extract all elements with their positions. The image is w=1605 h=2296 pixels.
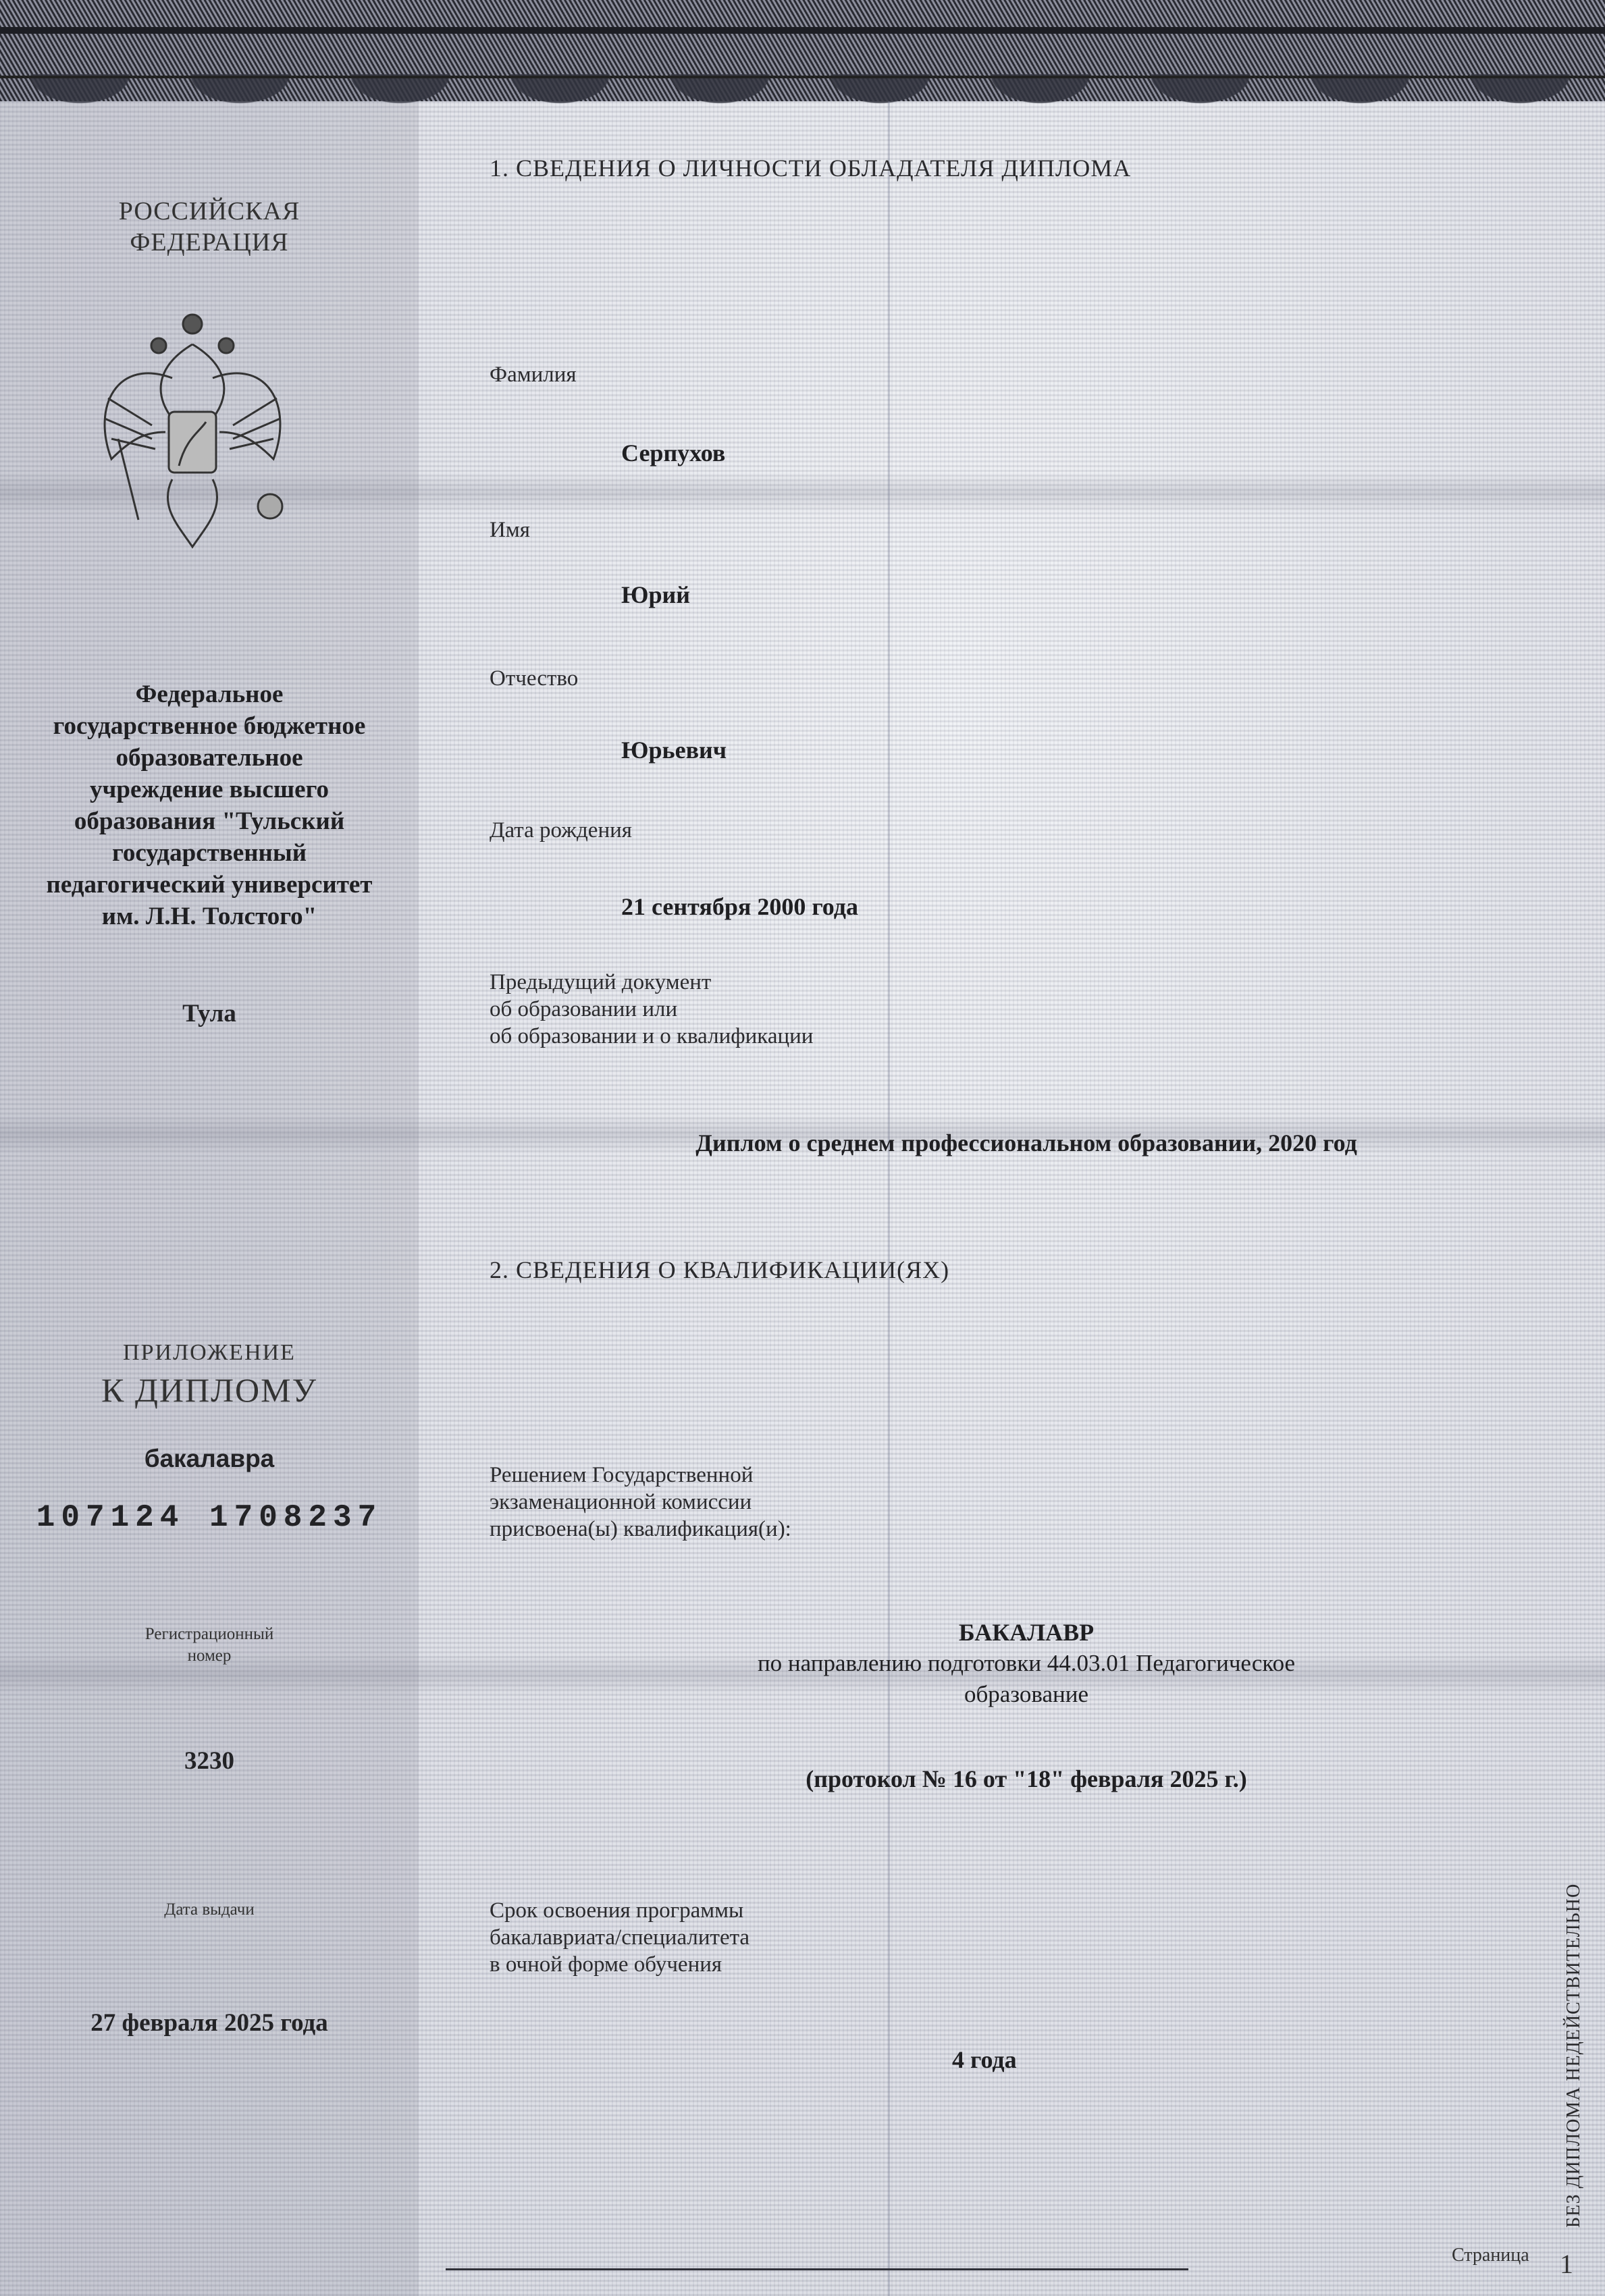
birth-date-label: Дата рождения xyxy=(490,817,632,844)
qualification-block: БАКАЛАВР по направлению подготовки 44.03… xyxy=(621,1617,1431,1710)
institution-line: Федеральное xyxy=(0,678,419,710)
appendix-title: ПРИЛОЖЕНИЕ xyxy=(0,1340,419,1366)
label-line: об образовании или xyxy=(490,996,813,1023)
page-number: 1 xyxy=(1560,2248,1573,2280)
direction-line: по направлению подготовки 44.03.01 Педаг… xyxy=(621,1648,1431,1679)
country-line: ФЕДЕРАЦИЯ xyxy=(0,227,419,258)
birth-date-value: 21 сентября 2000 года xyxy=(621,892,858,921)
appendix-subtitle: К ДИПЛОМУ xyxy=(0,1370,419,1410)
label-line: присвоена(ы) квалификация(и): xyxy=(490,1516,791,1543)
decision-label: Решением Государственной экзаменационной… xyxy=(490,1462,791,1543)
institution-line: образовательное xyxy=(0,742,419,774)
previous-document-label: Предыдущий документ об образовании или о… xyxy=(490,969,813,1050)
patronymic-value: Юрьевич xyxy=(621,736,727,764)
label-line: Предыдущий документ xyxy=(490,969,813,996)
previous-document-value: Диплом о среднем профессиональном образо… xyxy=(554,1127,1499,1158)
institution-line: им. Л.Н. Толстого" xyxy=(0,901,419,932)
label-line: Решением Государственной xyxy=(490,1462,791,1489)
institution-line: педагогический университет xyxy=(0,869,419,901)
study-duration-value: 4 года xyxy=(952,2046,1017,2074)
city: Тула xyxy=(0,999,419,1028)
institution-line: образования "Тульский xyxy=(0,805,419,837)
country-line: РОССИЙСКАЯ xyxy=(0,196,419,227)
institution-line: государственное бюджетное xyxy=(0,710,419,742)
degree-level: бакалавра xyxy=(0,1445,419,1473)
patronymic-label: Отчество xyxy=(490,665,578,692)
label-line: Регистрационный xyxy=(0,1624,419,1645)
invalid-without-diploma-note: БЕЗ ДИПЛОМА НЕДЕЙСТВИТЕЛЬНО xyxy=(1563,1884,1585,2228)
qualification-title: БАКАЛАВР xyxy=(621,1617,1431,1648)
name-value: Юрий xyxy=(621,581,690,609)
study-duration-label: Срок освоения программы бакалавриата/спе… xyxy=(490,1897,749,1978)
registration-number: 3230 xyxy=(0,1746,419,1776)
registration-number-label: Регистрационный номер xyxy=(0,1624,419,1667)
label-line: номер xyxy=(0,1645,419,1667)
issue-date: 27 февраля 2025 года xyxy=(0,2008,419,2037)
surname-label: Фамилия xyxy=(490,361,577,388)
protocol: (протокол № 16 от "18" февраля 2025 г.) xyxy=(621,1763,1431,1794)
section-2-title: 2. СВЕДЕНИЯ О КВАЛИФИКАЦИИ(ЯХ) xyxy=(490,1256,949,1284)
page-fold-line xyxy=(888,101,890,2296)
country-title: РОССИЙСКАЯ ФЕДЕРАЦИЯ xyxy=(0,196,419,258)
page-label: Страница xyxy=(1452,2245,1529,2266)
label-line: об образовании и о квалификации xyxy=(490,1023,813,1050)
header-rule xyxy=(0,76,1605,78)
label-line: экзаменационной комиссии xyxy=(490,1489,791,1516)
direction-line: образование xyxy=(621,1679,1431,1710)
issue-date-label: Дата выдачи xyxy=(0,1900,419,1919)
surname-value: Серпухов xyxy=(621,439,725,467)
russian-coat-of-arms-icon xyxy=(78,304,307,554)
label-line: Срок освоения программы xyxy=(490,1897,749,1924)
label-line: в очной форме обучения xyxy=(490,1951,749,1978)
institution-line: государственный xyxy=(0,837,419,869)
label-line: бакалавриата/специалитета xyxy=(490,1924,749,1951)
signature-rule xyxy=(446,2268,1188,2270)
diploma-number: 107124 1708237 xyxy=(0,1500,419,1535)
institution-name: Федеральное государственное бюджетное об… xyxy=(0,678,419,932)
section-1-title: 1. СВЕДЕНИЯ О ЛИЧНОСТИ ОБЛАДАТЕЛЯ ДИПЛОМ… xyxy=(490,154,1131,182)
institution-line: учреждение высшего xyxy=(0,774,419,805)
name-label: Имя xyxy=(490,516,530,543)
